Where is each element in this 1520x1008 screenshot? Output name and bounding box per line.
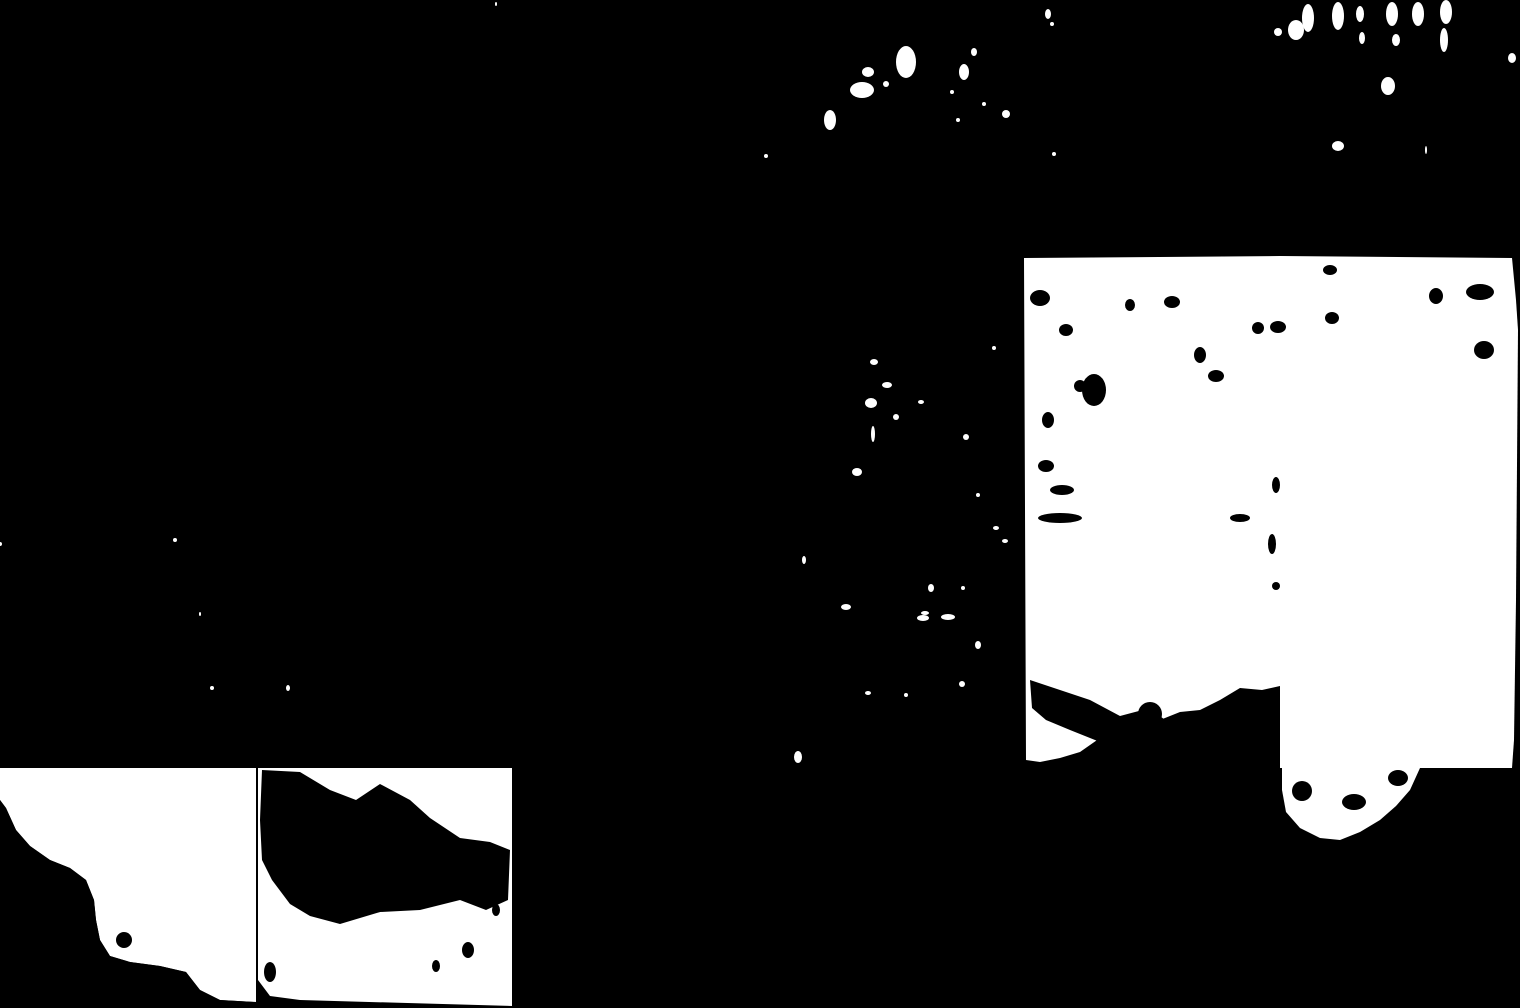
region-right-upper-right	[1280, 256, 1518, 768]
binary-mask-image	[0, 0, 1520, 1008]
